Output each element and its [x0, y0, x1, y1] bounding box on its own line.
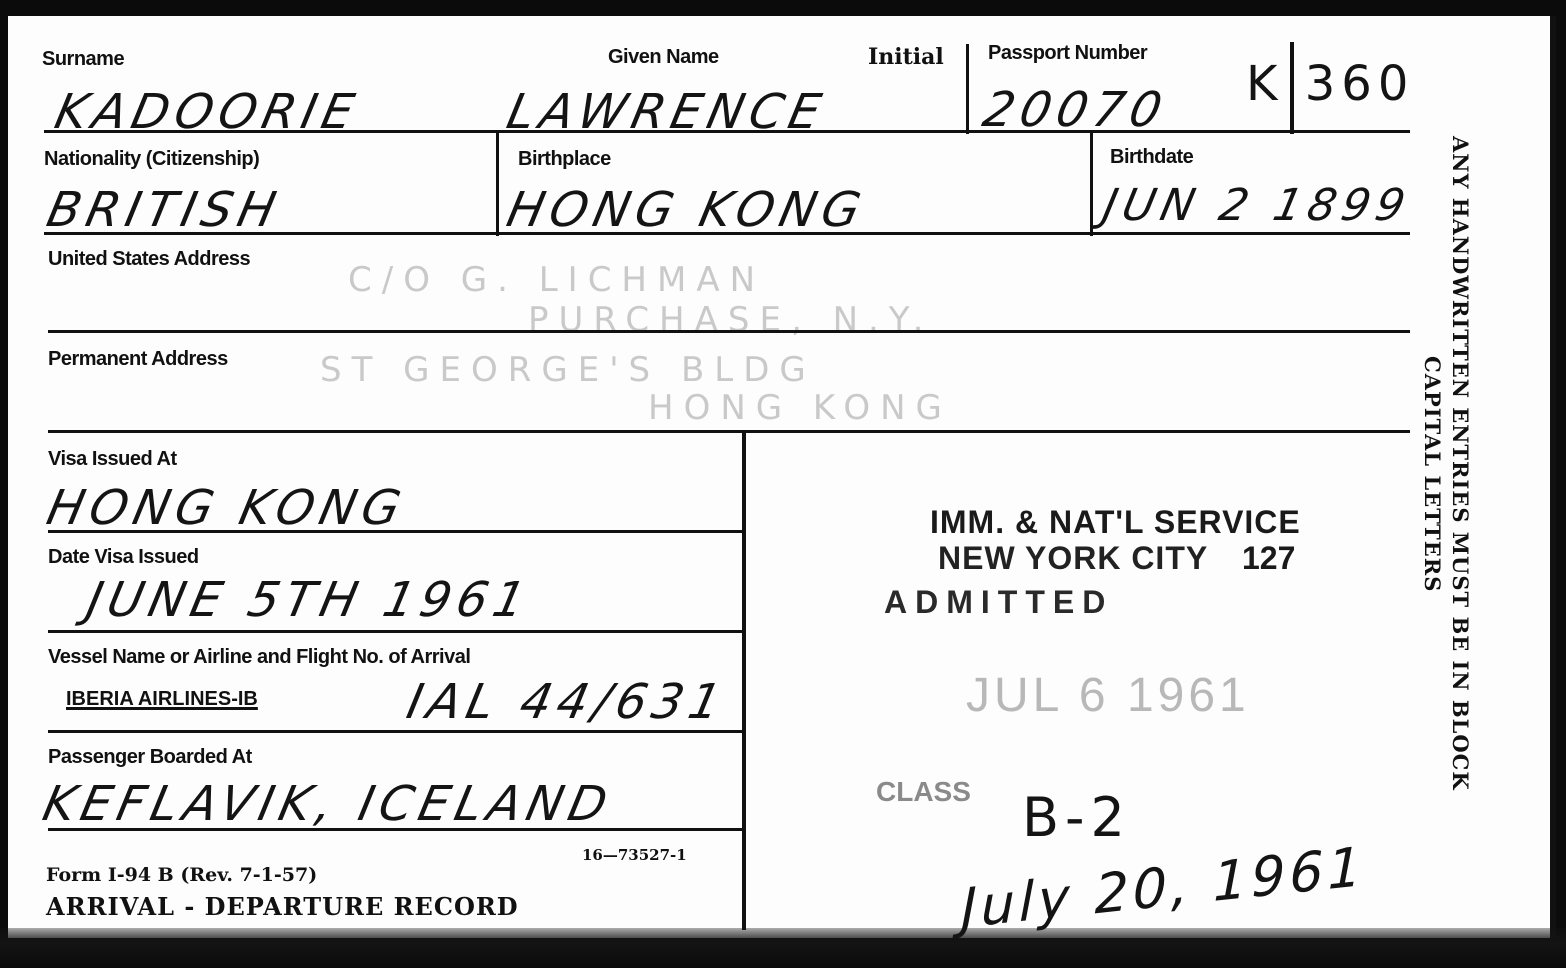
row2-rule — [44, 232, 1410, 235]
birthplace-value: HONG KONG — [502, 182, 871, 238]
nationality-birthplace-divider — [496, 132, 499, 236]
stamp-date: JUL 6 1961 — [966, 668, 1250, 723]
stamp-city-line: NEW YORK CITY — [938, 540, 1208, 577]
vessel-flight-rule — [48, 730, 742, 733]
nationality-value: BRITISH — [42, 182, 286, 238]
row1-rule — [44, 130, 1410, 133]
printer-code: 16—73527-1 — [582, 846, 687, 864]
date-visa-issued-value: JUNE 5TH 1961 — [82, 572, 536, 628]
permanent-address-line1: ST GEORGE'S BLDG — [320, 350, 816, 390]
date-visa-issued-rule — [48, 630, 742, 633]
initial-passport-divider — [966, 44, 969, 134]
visa-issued-at-rule — [48, 530, 742, 533]
permanent-address-line2: HONG KONG — [648, 388, 952, 428]
given-name-label: Given Name — [608, 46, 719, 69]
stamp-service-line: IMM. & NAT'L SERVICE — [930, 504, 1301, 541]
visa-issued-at-value: HONG KONG — [42, 480, 411, 536]
birthplace-label: Birthplace — [518, 148, 611, 171]
side-instruction-capitals: CAPITAL LETTERS — [1420, 356, 1445, 592]
birthplace-birthdate-divider — [1090, 132, 1093, 236]
lower-section-divider — [742, 430, 746, 930]
form-title: ARRIVAL - DEPARTURE RECORD — [46, 892, 519, 921]
scan-bottom-edge — [0, 928, 1566, 968]
i94-card: Surname KADOORIE Given Name LAWRENCE Ini… — [8, 16, 1556, 938]
boarded-at-rule — [48, 828, 742, 831]
stamp-class-label: CLASS — [876, 776, 971, 808]
vessel-flight-typed-value: IBERIA AIRLINES-IB — [66, 688, 258, 711]
us-address-line2: PURCHASE, N.Y. — [528, 300, 934, 340]
permanent-address-label: Permanent Address — [48, 348, 228, 371]
annotation-stroke — [1290, 42, 1294, 134]
stamp-class-value: B-2 — [1022, 786, 1131, 849]
vessel-flight-label: Vessel Name or Airline and Flight No. of… — [48, 646, 470, 669]
date-visa-issued-label: Date Visa Issued — [48, 546, 199, 569]
vessel-flight-handwritten-value: IAL 44/631 — [402, 674, 732, 730]
side-instruction-block: ANY HANDWRITTEN ENTRIES MUST BE IN BLOCK — [1448, 136, 1473, 791]
boarded-at-value: KEFLAVIK, ICELAND — [38, 776, 618, 832]
scanned-document: Surname KADOORIE Given Name LAWRENCE Ini… — [0, 0, 1566, 968]
passport-annotation: K 360 — [1246, 56, 1414, 112]
birthdate-value: JUN 2 1899 — [1099, 180, 1416, 231]
row4-rule — [48, 430, 1410, 433]
form-number: Form I-94 B (Rev. 7-1-57) — [46, 864, 317, 886]
boarded-at-label: Passenger Boarded At — [48, 746, 252, 769]
us-address-label: United States Address — [48, 248, 250, 271]
birthdate-label: Birthdate — [1110, 146, 1193, 169]
stamp-admitted: ADMITTED — [884, 584, 1113, 621]
us-address-line1: C/O G. LICHMAN — [348, 260, 765, 300]
stamp-station-number: 127 — [1242, 540, 1295, 577]
passport-number-label: Passport Number — [988, 42, 1147, 65]
initial-label: Initial — [868, 44, 944, 70]
row3-rule — [48, 330, 1410, 333]
nationality-label: Nationality (Citizenship) — [44, 148, 259, 171]
admitted-until-date: July 20, 1961 — [961, 835, 1366, 941]
visa-issued-at-label: Visa Issued At — [48, 448, 177, 471]
surname-label: Surname — [42, 48, 124, 71]
